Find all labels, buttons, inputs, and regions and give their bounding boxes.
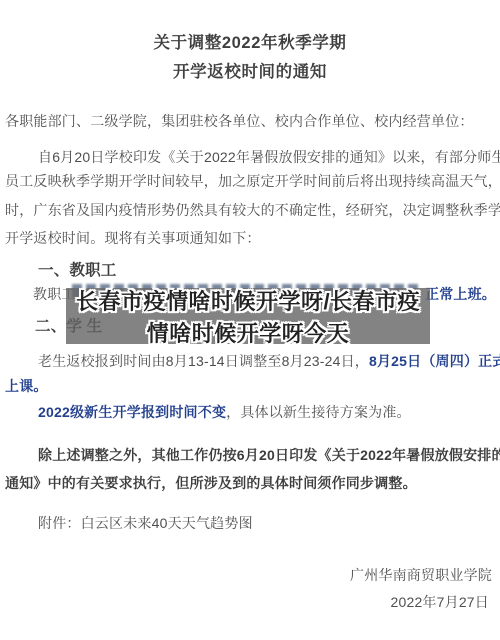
signature-date: 2022年7月27日 bbox=[390, 594, 489, 610]
intro-line-4: 开学返校时间。现将有关事项通知如下： bbox=[5, 230, 261, 246]
other-work-line-1: 除上述调整之外，其他工作仍按6月20日印发《关于2022年暑假放假安排的 bbox=[38, 447, 500, 463]
notice-document: 关于调整2022年秋季学期 开学返校时间的通知 各职能部门、二级学院，集团驻校各… bbox=[0, 0, 500, 640]
intro-line-1: 自6月20日学校印发《关于2022年暑假放假安排的通知》以来，有部分师生 bbox=[38, 149, 500, 165]
watermark-text-line-1: 长春市疫情啥时候开学呀/长春市疫 bbox=[76, 285, 420, 316]
students-class-start-highlight: 8月25日（周四）正式 bbox=[369, 353, 500, 369]
signature-org: 广州华南商贸职业学院 bbox=[350, 567, 492, 583]
section-heading-staff: 一、教职工 bbox=[38, 262, 117, 280]
students-class-start-continued: 上课。 bbox=[5, 378, 48, 394]
freshmen-line: 2022级新生开学报到时间不变，具体以新生接待方案为准。 bbox=[38, 404, 411, 420]
notice-title-line-2: 开学返校时间的通知 bbox=[0, 63, 500, 82]
watermark-text-line-2: 情啥时候开学呀今天 bbox=[147, 317, 350, 348]
watermark-overlay: 长春市疫情啥时候开学呀/长春市疫 情啥时候开学呀今天 bbox=[66, 288, 430, 344]
intro-line-3: 时，广东省及国内疫情形势仍然具有较大的不确定性，经研究，决定调整秋季学期 bbox=[5, 202, 500, 218]
other-work-line-2: 通知》中的有关要求执行，但所涉及到的具体时间须作同步调整。 bbox=[5, 475, 417, 491]
attachment-line: 附件：白云区未来40天天气趋势图 bbox=[38, 515, 253, 531]
staff-line-visible-suffix: 正常上班。 bbox=[425, 286, 496, 302]
students-old-return-dates: 老生返校报到时间由8月13-14日调整至8月23-24日， bbox=[38, 353, 369, 369]
notice-title-line-1: 关于调整2022年秋季学期 bbox=[0, 34, 500, 53]
freshmen-rest: ，具体以新生接待方案为准。 bbox=[226, 404, 411, 420]
salutation: 各职能部门、二级学院，集团驻校各单位、校内合作单位、校内经营单位： bbox=[5, 113, 474, 129]
students-old-return-line: 老生返校报到时间由8月13-14日调整至8月23-24日，8月25日（周四）正式 bbox=[38, 353, 500, 369]
freshmen-highlight: 2022级新生开学报到时间不变 bbox=[38, 404, 226, 420]
intro-line-2: 员工反映秋季学期开学时间较早，加之原定开学时间前后将出现持续高温天气，同 bbox=[5, 173, 500, 189]
